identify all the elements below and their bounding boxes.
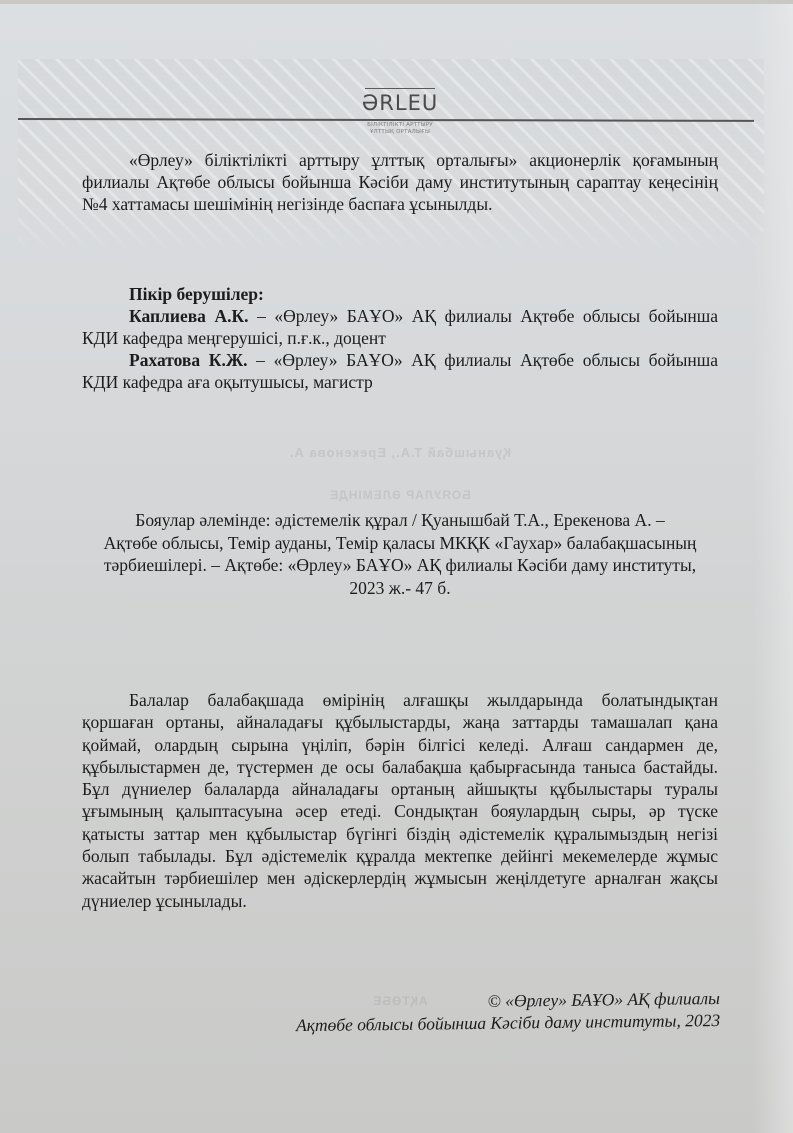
bibliographic-record: Бояулар әлемінде: әдістемелік құрал / Қу… (82, 509, 718, 599)
reviewer-entry: Каплиева А.К. – «Өрлеу» БАҰО» АҚ филиалы… (82, 305, 718, 349)
reviewers-section: Пікір берушілер: Каплиева А.К. – «Өрлеу»… (82, 283, 718, 393)
copyright-notice: © «Өрлеу» БАҰО» АҚ филиалы Ақтөбе облысы… (230, 987, 721, 1037)
logo-subtitle: БІЛІКТІЛІКТІ АРТТЫРУ ҰЛТТЫҚ ОРТАЛЫҒЫ (350, 122, 450, 136)
copyright-line-2: Ақтөбе облысы бойынша Кәсіби даму инстит… (230, 1009, 720, 1037)
abstract-paragraph: Балалар балабақшада өмірінің алғашқы жыл… (82, 689, 718, 912)
approval-note: «Өрлеу» біліктілікті арттыру ұлттық орта… (82, 149, 718, 215)
logo-wordmark: ƏRLEU (340, 92, 460, 114)
reviewers-heading: Пікір берушілер: (82, 283, 718, 305)
biblio-line: Бояулар әлемінде: әдістемелік құрал / Қу… (82, 509, 718, 532)
reviewer-entry: Рахатова К.Ж. – «Өрлеу» БАҰО» АҚ филиалы… (82, 349, 718, 393)
document-page: ƏRLEU БІЛІКТІЛІКТІ АРТТЫРУ ҰЛТТЫҚ ОРТАЛЫ… (0, 4, 793, 1133)
logo-subtitle-line-2: ҰЛТТЫҚ ОРТАЛЫҒЫ (350, 129, 450, 136)
logo-subtitle-line-1: БІЛІКТІЛІКТІ АРТТЫРУ (350, 122, 450, 129)
biblio-line: тәрбиешілері. – Ақтөбе: «Өрлеу» БАҰО» АҚ… (82, 554, 718, 577)
biblio-line: 2023 ж.- 47 б. (82, 577, 718, 600)
reviewer-name: Рахатова К.Ж. (129, 350, 248, 370)
orleu-logo: ƏRLEU (340, 88, 460, 114)
bleed-through-text: Қуанышбай Т.А., Ерекенова А. (270, 445, 530, 460)
biblio-line: Ақтөбе облысы, Темір ауданы, Темір қалас… (82, 532, 718, 555)
bleed-through-text: БОЯУЛАР ӘЛЕМІНДЕ (270, 488, 530, 502)
logo-overline (365, 88, 435, 89)
reviewer-name: Каплиева А.К. (129, 306, 249, 326)
